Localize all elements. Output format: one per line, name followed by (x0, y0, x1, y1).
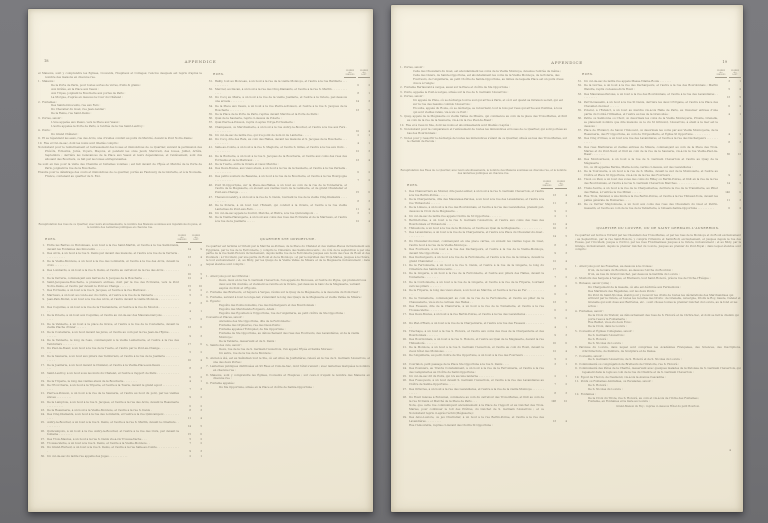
rues-row: 36.Petite ou Saintonne ou Choir, où déso… (575, 117, 741, 129)
rues-label: RUES. (407, 184, 419, 188)
text-block: 5.Saints des culs, savoir :Deux, rue de … (206, 344, 370, 356)
rues-row: 9.Des Fourreurs, à un bout à la rue des … (400, 248, 567, 256)
text-block: 1.Amorçons pour les Fossettes, au-dessou… (575, 265, 741, 277)
rues-row: 17.De la Joaillerie, à un bout devant le… (38, 364, 202, 372)
number-column-header: NOMBREdesLANT. (358, 70, 370, 78)
rues-row: 10.Des Coquilles, à un bout à la rue de … (38, 306, 202, 314)
rues-list: 1.Des Chanverriers au Monier, dite Jean-… (400, 190, 567, 428)
rues-row: 38.Des Cinq d'Orses, à un bout à la rue … (575, 137, 741, 145)
rues-row: 3.De la Vieille-Monnoie, à un bout à la … (38, 260, 202, 268)
left-page-column-2: RUES. NOMBREdesMAISONSNOMBREdesLANT. 31.… (206, 68, 370, 465)
centered-note: Récapitulation des rues de ce Quartier, … (38, 223, 202, 230)
rues-row: 35.Poterel, à l'Estanct, à un bout au ma… (575, 109, 741, 117)
rues-row: 21.Pierre-à-Poisson, à un bout à la rue … (38, 392, 202, 400)
rues-row: 3.De la Limace, à un bout à la rue des B… (400, 206, 567, 214)
rues-row: Nota, que cette rue communiquoit ancienn… (400, 404, 567, 416)
rues-row: 11.De la Ferronnerie, à un bout à la rue… (400, 264, 567, 272)
rues-row: 45.De ce Verrier Maytonnene, à un bout a… (575, 203, 741, 211)
rues-row: 12.De la Lingerie, à un bout à la rue de… (400, 272, 567, 280)
text-block: Nonobstant pour le renfermement et redre… (38, 146, 202, 162)
number-column-header: NOMBREdesLANT. (190, 235, 202, 243)
rues-row: 21.De la Monnoie, à un bout à la rue S. … (400, 346, 567, 354)
rues-table-header: RUES. NOMBREdesMAISONSNOMBREdesLANT. (575, 68, 741, 78)
rues-list: 31.Bailly, tout au Monceau, à un bout à … (206, 80, 370, 228)
scanned-page-right: APPENDICE 19 1.Portes, savoir :Celle des… (391, 5, 743, 512)
quartier-heading-ste-opportune: QUARTIER STE OPPORTUNE. (206, 238, 370, 242)
rues-row: 24.Des Cinq-Diamants, à un bout à la rue… (38, 413, 202, 421)
text-block: 3.Portes, savoir :L'une appelée aux Peau… (38, 117, 202, 129)
right-page-column-1: 1.Portes, savoir :Celle des Chevaliers d… (400, 66, 567, 428)
plate-mark: 4 (729, 448, 731, 452)
rues-row: 42.Tison ou Paul, à un bout des voies de… (575, 178, 741, 186)
rues-label: RUES. (45, 238, 57, 242)
text-block: 12.Fontaines :De la Croix du Tirole, rue… (575, 393, 741, 405)
number-column-header: NOMBREdesMAISONS (541, 181, 553, 189)
rues-row: 39.Des rues Marinières et vieilles entré… (575, 146, 741, 158)
rues-row: 40.Du Cocq, dite des Rats, au coin des H… (206, 138, 370, 146)
rues-row: 15.Du Pied-de-Bœuf, à un bout à la rue d… (38, 347, 202, 355)
quartier-sections: 1.Amorçons pour les Orfèvres :Deux, deux… (206, 275, 370, 465)
rues-row: 10.Des Déchargeurs, à un bout à la rue d… (400, 256, 567, 264)
rues-row: Rue l'Amourette, reprise ci-devant des C… (400, 424, 567, 428)
rues-row: 44.Rue Trois, Vanisier, à une limite à l… (575, 195, 741, 203)
quartier-heading-louvre: QUARTIER DU LOUVRE, OU DE SAINT GERMAIN-… (575, 227, 741, 231)
text-block: 11.Ponts ou Fontaines Amirables, ou Esca… (575, 380, 741, 392)
rues-row: 31.Bailly, tout au Monceau, à un bout à … (206, 80, 370, 88)
text-block: 5.Couvents et Églises Collégiales, savoi… (575, 330, 741, 346)
quartier-sections: 1.Amorçons pour les Fossettes, au-dessou… (575, 265, 741, 446)
book-scan-stage: 18 APPENDICE et Maisons, sont y comprend… (0, 0, 768, 523)
rues-row: 28.Du Rouil rélevée à Estoumel, commence… (400, 396, 567, 404)
number-column-header: NOMBREdesMAISONS (176, 235, 188, 243)
rues-row: 32.De la Gorrée, à un bout à la rue des … (575, 84, 741, 92)
rues-row: 25.Aubry-le-Boucher, à un bout à la rue … (38, 421, 202, 429)
page-number-right: 19 (722, 60, 727, 64)
rues-row: 43.Trans-l'autre, à un bout à la rue de … (575, 187, 741, 195)
rues-row: 16.De la Saunerie, à un bout aux piliers… (38, 355, 202, 363)
number-column-headers: NOMBREdesMAISONSNOMBREdesLANT. (541, 181, 567, 189)
text-block: Ensuite pour le délabrage des cours et i… (38, 171, 202, 179)
rues-row: 20.Des Bourdonnais, à un bout à la rue S… (400, 338, 567, 346)
rues-label: RUES. (582, 73, 594, 77)
rues-row: 7.Des Lavandières, à un bout à la rue de… (400, 231, 567, 239)
rues-row: 2.De la Charpenterie, dite des Mauvaises… (400, 198, 567, 206)
rues-table-header: RUES. NOMBREdesMAISONSNOMBREdesLANT. (38, 233, 202, 243)
rues-row: 45.Des petits souliers de Basanne, à un … (206, 175, 370, 183)
rues-row: 20.De l'Écorcherie, à un bout à la Tripe… (38, 384, 202, 392)
text-block: 4.Égouts :Esgoûts des Ponts-Gobelins, ru… (206, 300, 370, 316)
rues-row: 6.Saint-Jacques-la-Boucherie, à plusieur… (38, 281, 202, 289)
number-column-header: NOMBREdesLANT. (555, 181, 567, 189)
text-block: 4.Portes, savoir :Un appelé de Pluie, où… (400, 95, 567, 115)
left-page-column-1: et Maisons, sont y comprendre les Église… (38, 72, 202, 464)
text-block: 3.Ponts, appelée le Pont-à-verges, situé… (400, 91, 567, 95)
scanned-page-left: 18 APPENDICE et Maisons, sont y comprend… (28, 9, 373, 512)
rues-row: 46.Pont St-Opportune, sur la Place-des-H… (206, 184, 370, 196)
rues-row: 42.De la Bucherie, à un bout à la rue S.… (206, 155, 370, 163)
text-block: 3.Fontaine, servant à bout le longe-nef,… (206, 296, 370, 300)
rues-row: 27.Des Orfèvres, à un bout à la rue des … (400, 388, 567, 396)
rues-row: 29.Du Grand-Hurleur, à un bout à la rue … (38, 446, 202, 454)
quartier-intro: Ce quartier est terminé à l'Orient par l… (206, 245, 370, 273)
text-block: 3.Bureaux, savoir (vide) :Du Chargement … (575, 282, 741, 309)
rues-row: 11.De la Poterie, à un bout aux Coquille… (38, 314, 202, 322)
right-page-column-2: RUES. NOMBREdesMAISONSNOMBREdesLANT. 31.… (575, 68, 741, 446)
text-block: et Maisons, sont y comprendre les Église… (38, 72, 202, 80)
rues-row: 2.Des Arcis, à un bout à la rue S. Denis… (38, 252, 202, 260)
number-column-headers: NOMBREdesMAISONSNOMBREdesLANT. (715, 70, 741, 78)
rues-row: 1.Entre les Barres ou Buronneau, à un bo… (38, 244, 202, 252)
rues-row: 1.Des Chanverriers au Monier, dite Jean-… (400, 190, 567, 198)
rues-row: 47.Thévenot-Landry, à un bout à la rue d… (206, 196, 370, 204)
rues-row: 37.Place de l'Estanct, de Savon l'Innoce… (575, 129, 741, 137)
rues-list: 31.Un cul-de-sac de ladite rue appelé Ma… (575, 80, 741, 219)
rues-table-header: RUES. NOMBREdesMAISONSNOMBREdesLANT. (400, 179, 567, 189)
rues-row: 34.De la Place aux Veaux, à un bout à la… (206, 105, 370, 113)
rues-row: 9.Jean-Pain-Mollet, à un bout à la rue d… (38, 298, 202, 306)
centered-note: Grand-Maison du Roy ; reprise ci-dessous… (575, 405, 741, 408)
rues-row: 12.De la Vannerie, à un bout à la place … (38, 323, 202, 331)
rues-row: 8.Du Chevalier-du-Guet, commençant en un… (400, 240, 567, 248)
running-head-left: APPENDICE (28, 59, 373, 64)
number-column-header: NOMBREdesMAISONS (344, 70, 356, 78)
rues-row: 22.De la Lamproie, à un bout à la rue S.… (38, 401, 202, 409)
text-block: 1.Portes, savoir :Celle des Chevaliers d… (400, 66, 567, 86)
rues-list: 1.Entre les Barres ou Buronneau, à un bo… (38, 244, 202, 464)
rues-row: 41.De la Touronerie, à un bout à la rue … (575, 170, 741, 178)
text-block: 7.Notez pour y ressortir le déchargé de … (400, 137, 567, 145)
centered-note: Récapitulation des Rues de ce Quartier, … (400, 169, 567, 176)
text-block: 2.Fontaines :Des Saints-Innocents, rue a… (38, 101, 202, 117)
rues-row: 32.Mercier, au Décan, à un bout à la rue… (206, 88, 370, 96)
rues-table-header: RUES. NOMBREdesMAISONSNOMBREdesLANT. (206, 68, 370, 78)
rues-row: 33.Du Cocq au Maire, à un bout à la rue … (206, 96, 370, 104)
number-column-headers: NOMBREdesMAISONSNOMBREdesLANT. (344, 70, 370, 78)
rues-row: 38.Champeaux, ou Marchanterie, à un bout… (206, 126, 370, 134)
rues-row: 4.Des Lombards, à un bout à la rue S. De… (38, 269, 202, 277)
rues-row: 41.Salle-au-Comte, à un bout à la rue S.… (206, 146, 370, 154)
rues-row: 26.Quincampoix, à un bout à la rue Aubry… (38, 430, 202, 438)
number-column-header: NOMBREdesLANT. (729, 70, 741, 78)
text-block: 1.Amorçons pour les Orfèvres :Deux, deux… (206, 275, 370, 291)
text-block: 1.Maisons :De la Porte de Paris, pour to… (38, 80, 202, 100)
text-block: 4.Fontaines, savoir :De la Croix du Trah… (575, 310, 741, 330)
rues-row: 30.Un cul-de-sac du ladite rue appellé d… (38, 455, 202, 459)
recapitulation-note: Récapitulation des rues de ce Quartier, … (38, 223, 202, 233)
rues-row: 29.Des Anxo-Laviore, ou jeu Charretier, … (400, 416, 567, 424)
quartier-intro: Ce quartier est borné à l'Orient par les… (575, 234, 741, 263)
rues-row: 44.Des Deux-Boules, aux vieux étaux, à u… (206, 167, 370, 175)
rues-row: 48.De la Poterie, à un bout tout l'Estau… (206, 204, 370, 212)
rues-row: 13.De la Coutellerie, à un bout devant l… (38, 331, 202, 339)
rues-row: 15.De la Tonnellerie, commençant au coin… (400, 297, 567, 305)
rues-row: 17.Des Deux-Boules, à un bout à la rue B… (400, 313, 567, 321)
rues-row: 33.Des Mauvaises-Paroles, à un bout à la… (575, 93, 741, 101)
rues-row: 19.Tirechape, à un bout à la rue S. Hono… (400, 330, 567, 338)
rues-row: 5.Bertin-Poirée, à un bout à la rue S. G… (400, 219, 567, 227)
running-head-right: APPENDICE (391, 60, 743, 65)
number-column-headers: NOMBREdesMAISONSNOMBREdesLANT. (176, 235, 202, 243)
intro-and-sections: et Maisons, sont y comprendre les Église… (38, 72, 202, 221)
sections: 1.Portes, savoir :Celle des Chevaliers d… (400, 66, 567, 167)
rues-label: RUES. (213, 73, 225, 77)
text-block: Couvents et Places, savoir :Ancienne des… (206, 316, 370, 343)
number-column-header: NOMBREdesMAISONS (715, 70, 727, 78)
rues-row: 16.Des Fuseaux, dite de la Chanvrerie, à… (400, 305, 567, 313)
rues-row: 50.De la Vieille-Harengerie, à un bout a… (206, 216, 370, 224)
rues-row: 13.De la Cordonnerie, à un bout à la rue… (400, 281, 567, 289)
rues-row: 26.Des Fossoyeurs, à un bout devant S. G… (400, 379, 567, 387)
rues-row: 24.Des Poumiers, au Traicté Constamment,… (400, 367, 567, 375)
rues-row: 14.De la Friperie, le long des vieux éta… (400, 289, 567, 297)
rues-row: 18.Du Plat-d'Étain, à un bout à la rue d… (400, 322, 567, 330)
rues-row: 18.Saint-Leufroy, à un bout sous les mur… (38, 372, 202, 380)
rues-row: 14.De la Tannerie, le long de l'eau, com… (38, 339, 202, 347)
text-block: 9.Fontaine appelée :Du Ste Opportune, si… (206, 382, 370, 390)
rues-row: 22.De l'Aiguillerie, au petit cloître de… (400, 354, 567, 362)
rues-row: 40.Des Montourneux, à un bout à la rue d… (575, 158, 741, 166)
recapitulation-note: Récapitulation des Rues de ce Quartier, … (400, 169, 567, 179)
rues-row: 34.Perrin-Gasselin, à un bout à la rue S… (575, 101, 741, 109)
